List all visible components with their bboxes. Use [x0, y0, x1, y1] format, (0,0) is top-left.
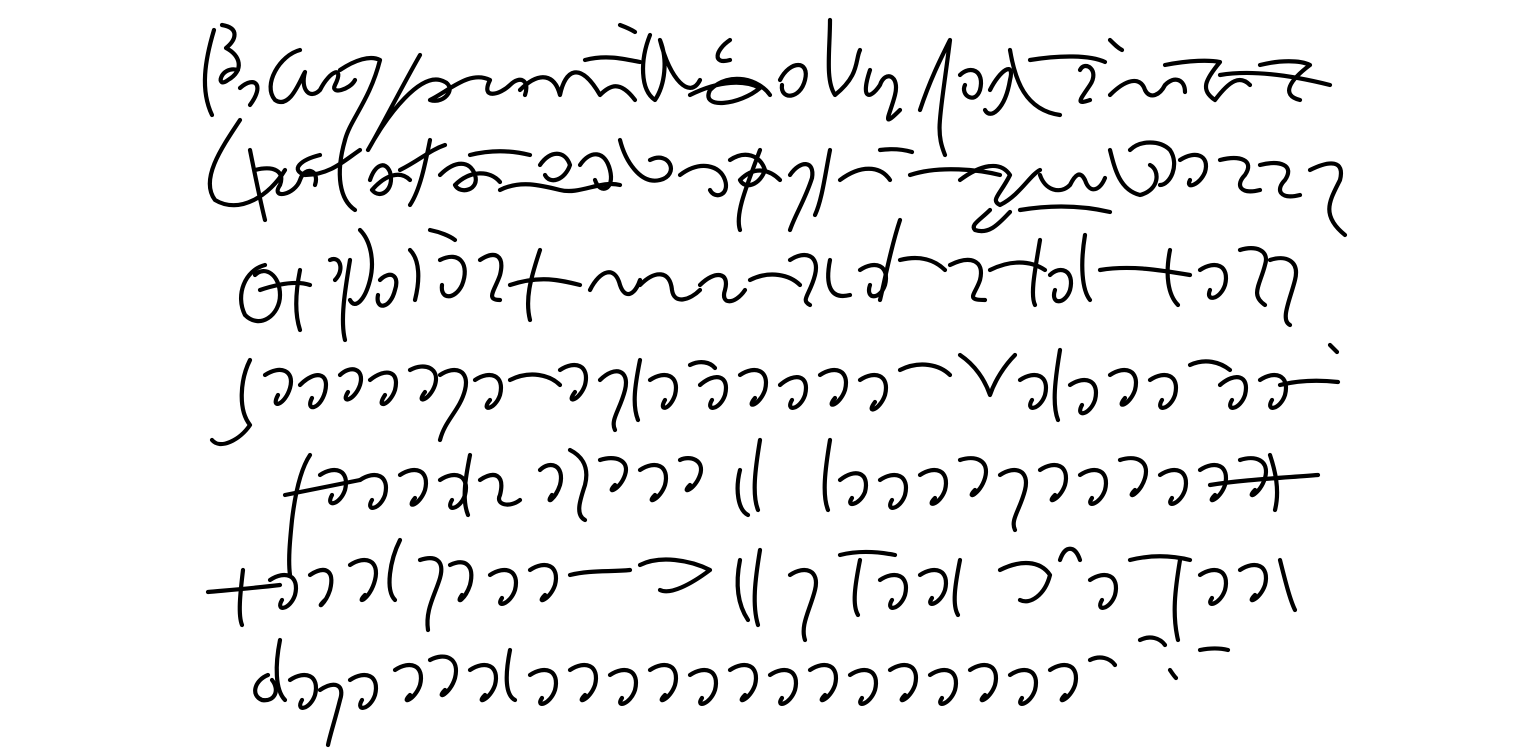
ink-stroke [1200, 649, 1228, 651]
handwriting-canvas [0, 0, 1536, 753]
paper-background [0, 0, 1536, 753]
